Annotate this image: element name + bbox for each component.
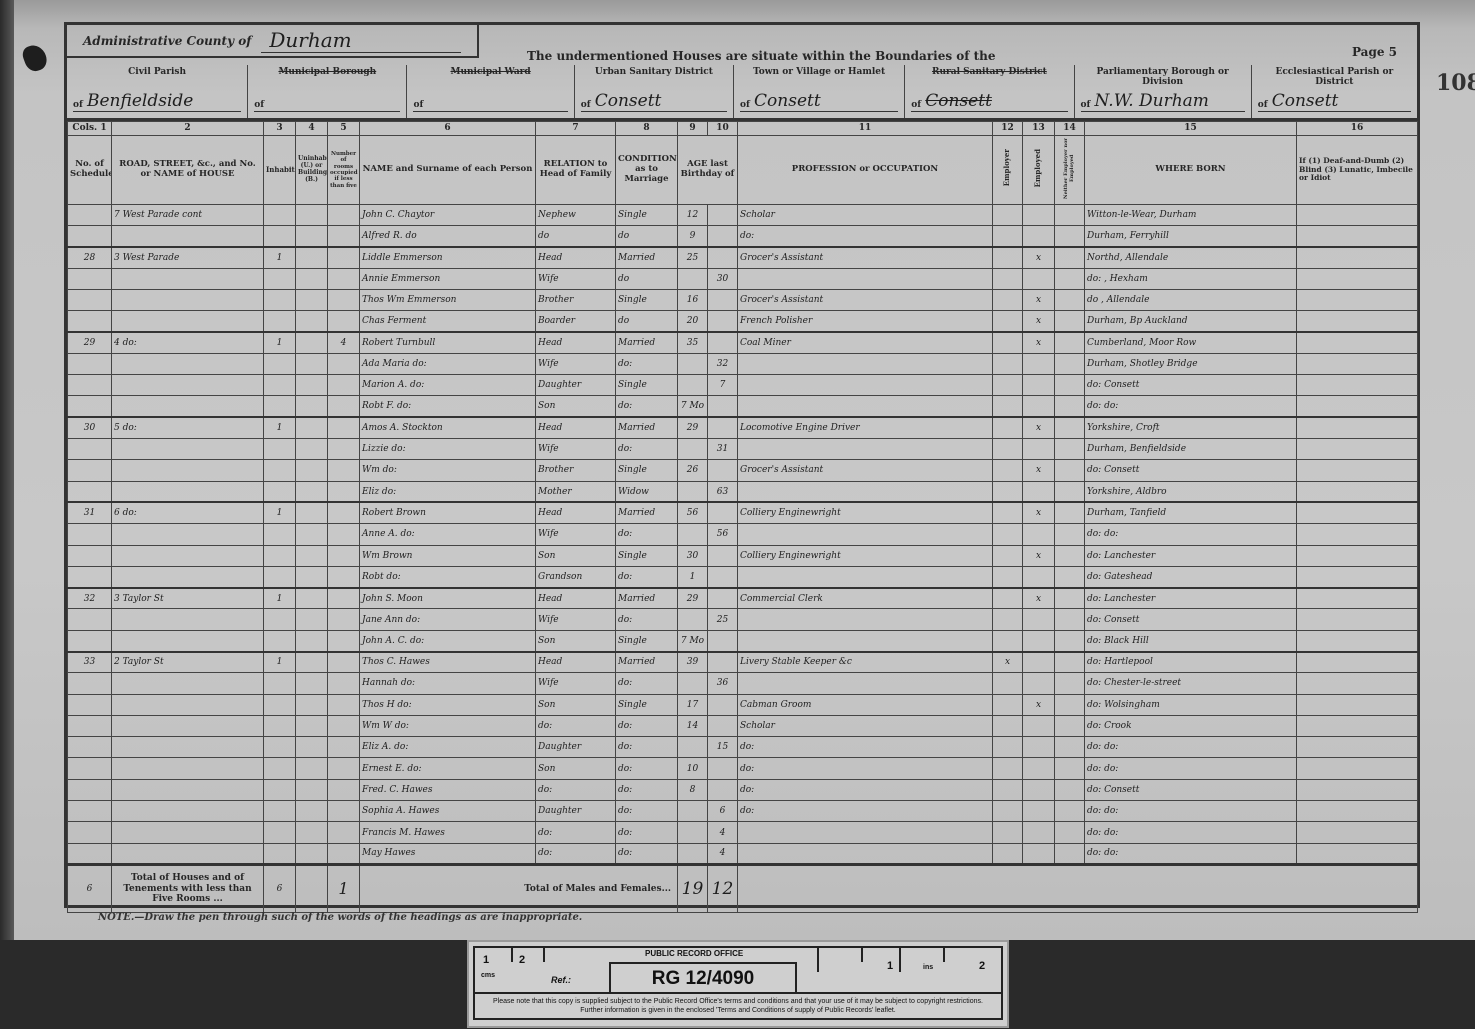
cell-rooms — [328, 779, 360, 800]
header-employer-label: Employer — [1003, 149, 1011, 186]
cell-female-age: 56 — [708, 524, 738, 545]
total-houses-label: Total of Houses and of Tenements with le… — [112, 864, 264, 912]
area-label: Ecclesiastical Parish or District — [1256, 67, 1413, 87]
cell-employer — [993, 481, 1023, 502]
cell-uninhabited — [296, 715, 328, 736]
cell-condition: do: — [616, 715, 678, 736]
cell-neither — [1055, 779, 1085, 800]
cell-employed — [1023, 630, 1055, 651]
area-label: Municipal Borough — [252, 67, 402, 77]
cell-male-age: 26 — [678, 460, 708, 481]
cell-male-age — [678, 801, 708, 822]
table-row: 316 do:1Robert BrownHeadMarried56Collier… — [68, 502, 1418, 523]
cell-relation: Son — [536, 694, 616, 715]
cell-employed: x — [1023, 502, 1055, 523]
cell-employer — [993, 460, 1023, 481]
cell-inhabited — [264, 758, 296, 779]
cell-female-age — [708, 779, 738, 800]
cell-infirmity — [1297, 737, 1418, 758]
cell-road — [112, 375, 264, 396]
cell-name: Wm W do: — [360, 715, 536, 736]
cell-born: do: Consett — [1085, 460, 1297, 481]
cell-road — [112, 311, 264, 332]
cell-rooms — [328, 311, 360, 332]
cell-born: Durham, Bp Auckland — [1085, 311, 1297, 332]
area-field: Ecclesiastical Parish or DistrictofConse… — [1252, 65, 1417, 118]
county-value: Durham — [261, 28, 461, 53]
cell-neither — [1055, 481, 1085, 502]
page-label: Page 5 — [1352, 45, 1397, 59]
cell-born: do: Wolsingham — [1085, 694, 1297, 715]
ruler-tick — [861, 948, 863, 962]
cell-infirmity — [1297, 396, 1418, 417]
cell-employer — [993, 694, 1023, 715]
cell-inhabited — [264, 545, 296, 566]
cell-male-age — [678, 524, 708, 545]
pro-title: PUBLIC RECORD OFFICE — [645, 949, 743, 958]
cell-born: do: do: — [1085, 822, 1297, 843]
cell-male-age: 56 — [678, 502, 708, 523]
cell-male-age: 7 Mo — [678, 396, 708, 417]
cell-schedule — [68, 268, 112, 289]
cell-schedule — [68, 673, 112, 694]
cell-name: Thos Wm Emmerson — [360, 289, 536, 310]
cell-born: Durham, Benfieldside — [1085, 439, 1297, 460]
header-employer: Employer — [993, 136, 1023, 205]
cell-neither — [1055, 588, 1085, 609]
cell-uninhabited — [296, 204, 328, 225]
cell-inhabited — [264, 822, 296, 843]
cell-name: Wm do: — [360, 460, 536, 481]
cell-employed — [1023, 481, 1055, 502]
cell-rooms — [328, 673, 360, 694]
table-row: Hannah do:Wifedo:36do: Chester-le-street — [68, 673, 1418, 694]
cell-employed — [1023, 375, 1055, 396]
cell-road — [112, 524, 264, 545]
area-label: Civil Parish — [71, 67, 243, 77]
cell-condition: do: — [616, 566, 678, 587]
cell-name: May Hawes — [360, 843, 536, 864]
column-header-row: No. of Schedule ROAD, STREET, &c., and N… — [68, 136, 1418, 205]
cell-road: 6 do: — [112, 502, 264, 523]
area-value: N.W. Durham — [1081, 91, 1245, 112]
column-number: 10 — [708, 122, 738, 136]
cell-born: do: do: — [1085, 758, 1297, 779]
cell-born: Witton-le-Wear, Durham — [1085, 204, 1297, 225]
cell-employed — [1023, 843, 1055, 864]
cell-neither — [1055, 609, 1085, 630]
table-row: Robt F. do:Sondo:7 Modo: do: — [68, 396, 1418, 417]
cell-infirmity — [1297, 460, 1418, 481]
cell-employer — [993, 801, 1023, 822]
cell-schedule: 30 — [68, 417, 112, 438]
cell-employed: x — [1023, 311, 1055, 332]
table-row: 283 West Parade1Liddle EmmersonHeadMarri… — [68, 247, 1418, 268]
cell-born: Northd, Allendale — [1085, 247, 1297, 268]
cell-uninhabited — [296, 481, 328, 502]
cell-infirmity — [1297, 715, 1418, 736]
cell-relation: do: — [536, 779, 616, 800]
table-row: Eliz do:MotherWidow63Yorkshire, Aldbro — [68, 481, 1418, 502]
cell-rooms — [328, 566, 360, 587]
cell-relation: Head — [536, 417, 616, 438]
cell-schedule: 33 — [68, 652, 112, 673]
cell-inhabited — [264, 226, 296, 247]
cell-road: 7 West Parade cont — [112, 204, 264, 225]
column-number: 13 — [1023, 122, 1055, 136]
cell-employer — [993, 609, 1023, 630]
table-row: Thos Wm EmmersonBrotherSingle16Grocer's … — [68, 289, 1418, 310]
cell-infirmity — [1297, 268, 1418, 289]
cell-uninhabited — [296, 332, 328, 353]
cell-infirmity — [1297, 566, 1418, 587]
cell-female-age — [708, 502, 738, 523]
cell-employed — [1023, 801, 1055, 822]
cell-infirmity — [1297, 226, 1418, 247]
cell-road — [112, 822, 264, 843]
cell-neither — [1055, 226, 1085, 247]
cell-born: do: Consett — [1085, 375, 1297, 396]
cell-condition: do: — [616, 843, 678, 864]
cell-relation: Head — [536, 502, 616, 523]
cell-occupation: do: — [738, 226, 993, 247]
area-value: Consett — [740, 91, 898, 112]
ref-value: RG 12/4090 — [609, 962, 797, 992]
cell-rooms — [328, 843, 360, 864]
cell-employed — [1023, 439, 1055, 460]
ruler-tick — [817, 948, 819, 972]
cell-rooms — [328, 396, 360, 417]
cell-born: do: Lanchester — [1085, 588, 1297, 609]
cell-employer — [993, 375, 1023, 396]
cell-name: Wm Brown — [360, 545, 536, 566]
cell-inhabited: 1 — [264, 417, 296, 438]
cell-uninhabited — [296, 375, 328, 396]
cell-employed: x — [1023, 460, 1055, 481]
cell-name: Alfred R. do — [360, 226, 536, 247]
cell-rooms — [328, 694, 360, 715]
cell-rooms — [328, 439, 360, 460]
census-table: Cols. 12345678910111213141516 No. of Sch… — [67, 121, 1418, 913]
cell-schedule — [68, 524, 112, 545]
cell-born: do: do: — [1085, 737, 1297, 758]
cell-schedule — [68, 396, 112, 417]
cell-neither — [1055, 673, 1085, 694]
cell-occupation — [738, 353, 993, 374]
cell-occupation — [738, 630, 993, 651]
cell-relation: Daughter — [536, 737, 616, 758]
area-label: Parliamentary Borough or Division — [1079, 67, 1247, 87]
cell-infirmity — [1297, 204, 1418, 225]
area-field: Town or Village or HamletofConsett — [734, 65, 905, 118]
cell-occupation: do: — [738, 801, 993, 822]
header-born: WHERE BORN — [1085, 136, 1297, 205]
cell-road — [112, 566, 264, 587]
cell-neither — [1055, 396, 1085, 417]
cell-female-age — [708, 545, 738, 566]
cell-rooms — [328, 502, 360, 523]
cell-relation: Daughter — [536, 375, 616, 396]
page-edge — [0, 0, 14, 940]
cell-road — [112, 439, 264, 460]
cell-employer — [993, 502, 1023, 523]
cell-rooms — [328, 481, 360, 502]
table-row: May Hawesdo:do:4do: do: — [68, 843, 1418, 864]
cell-relation: Wife — [536, 673, 616, 694]
cell-employed — [1023, 268, 1055, 289]
table-row: Chas FermentBoarderdo20French PolisherxD… — [68, 311, 1418, 332]
cell-employer: x — [993, 652, 1023, 673]
cell-inhabited — [264, 460, 296, 481]
column-number: 6 — [360, 122, 536, 136]
cell-name: Lizzie do: — [360, 439, 536, 460]
cell-employer — [993, 268, 1023, 289]
area-label: Rural Sanitary District — [909, 67, 1069, 77]
cell-schedule — [68, 481, 112, 502]
cell-schedule — [68, 737, 112, 758]
cell-inhabited — [264, 694, 296, 715]
table-row: Fred. C. Hawesdo:do:8do:do: Consett — [68, 779, 1418, 800]
area-field: Parliamentary Borough or DivisionofN.W. … — [1075, 65, 1252, 118]
cell-neither — [1055, 311, 1085, 332]
form-note: NOTE.—Draw the pen through such of the w… — [98, 912, 582, 923]
cell-male-age — [678, 481, 708, 502]
cell-neither — [1055, 353, 1085, 374]
cell-infirmity — [1297, 311, 1418, 332]
cell-occupation: Scholar — [738, 204, 993, 225]
column-number: Cols. 1 — [68, 122, 112, 136]
cell-female-age — [708, 758, 738, 779]
cell-road — [112, 694, 264, 715]
cell-occupation — [738, 673, 993, 694]
cell-name: Robt do: — [360, 566, 536, 587]
cell-born: do: Crook — [1085, 715, 1297, 736]
cell-female-age — [708, 460, 738, 481]
pro-strip-frame: 1 cms 2 PUBLIC RECORD OFFICE Ref.: RG 12… — [473, 946, 1003, 1020]
area-of: of — [254, 100, 264, 110]
column-number: 4 — [296, 122, 328, 136]
cell-born: do , Allendale — [1085, 289, 1297, 310]
table-row: Ada Maria do:Wifedo:32Durham, Shotley Br… — [68, 353, 1418, 374]
cell-rooms — [328, 609, 360, 630]
cell-female-age: 6 — [708, 801, 738, 822]
cell-neither — [1055, 375, 1085, 396]
header-name: NAME and Surname of each Person — [360, 136, 536, 205]
cell-neither — [1055, 247, 1085, 268]
cell-uninhabited — [296, 502, 328, 523]
cell-infirmity — [1297, 439, 1418, 460]
total-blank — [738, 864, 1418, 912]
cell-condition: Single — [616, 460, 678, 481]
total-males: 19 — [678, 864, 708, 912]
cell-born: Durham, Shotley Bridge — [1085, 353, 1297, 374]
cell-infirmity — [1297, 694, 1418, 715]
cell-employer — [993, 204, 1023, 225]
cell-condition: do: — [616, 396, 678, 417]
cell-inhabited: 1 — [264, 502, 296, 523]
cell-infirmity — [1297, 843, 1418, 864]
cell-occupation — [738, 822, 993, 843]
cell-road: 4 do: — [112, 332, 264, 353]
cell-employed — [1023, 609, 1055, 630]
cell-female-age — [708, 630, 738, 651]
cell-infirmity — [1297, 524, 1418, 545]
cell-employer — [993, 353, 1023, 374]
cell-uninhabited — [296, 843, 328, 864]
cell-uninhabited — [296, 630, 328, 651]
cell-relation: do: — [536, 822, 616, 843]
copyright-notice: Please note that this copy is supplied s… — [475, 992, 1001, 1018]
cell-rooms — [328, 588, 360, 609]
ruler-in-2: 2 — [979, 960, 985, 972]
cell-schedule: 28 — [68, 247, 112, 268]
column-number: 15 — [1085, 122, 1297, 136]
table-row: Wm do:BrotherSingle26Grocer's Assistantx… — [68, 460, 1418, 481]
cell-infirmity — [1297, 417, 1418, 438]
cell-road — [112, 673, 264, 694]
cell-female-age: 31 — [708, 439, 738, 460]
table-row: Thos H do:SonSingle17Cabman Groomxdo: Wo… — [68, 694, 1418, 715]
cell-relation: Son — [536, 545, 616, 566]
cell-inhabited — [264, 673, 296, 694]
cell-relation: Son — [536, 630, 616, 651]
cell-employer — [993, 439, 1023, 460]
cell-male-age: 29 — [678, 417, 708, 438]
cell-condition: Married — [616, 588, 678, 609]
cell-male-age: 9 — [678, 226, 708, 247]
cell-employer — [993, 566, 1023, 587]
cell-employer — [993, 289, 1023, 310]
cell-female-age: 32 — [708, 353, 738, 374]
cell-inhabited — [264, 630, 296, 651]
cell-female-age: 25 — [708, 609, 738, 630]
cell-inhabited — [264, 353, 296, 374]
cell-male-age: 39 — [678, 652, 708, 673]
cell-employed: x — [1023, 247, 1055, 268]
cell-uninhabited — [296, 779, 328, 800]
cell-uninhabited — [296, 353, 328, 374]
ruler-tick — [511, 948, 513, 962]
cell-inhabited — [264, 737, 296, 758]
cell-inhabited — [264, 481, 296, 502]
column-number: 2 — [112, 122, 264, 136]
cell-condition: do: — [616, 779, 678, 800]
cell-born: do: do: — [1085, 843, 1297, 864]
cell-neither — [1055, 268, 1085, 289]
column-number: 12 — [993, 122, 1023, 136]
table-row: 7 West Parade contJohn C. ChaytorNephewS… — [68, 204, 1418, 225]
cell-relation: Head — [536, 652, 616, 673]
cell-male-age: 17 — [678, 694, 708, 715]
cell-neither — [1055, 417, 1085, 438]
cell-rooms — [328, 247, 360, 268]
cell-condition: Married — [616, 417, 678, 438]
cell-occupation — [738, 566, 993, 587]
cell-born: do: Hartlepool — [1085, 652, 1297, 673]
cell-name: Fred. C. Hawes — [360, 779, 536, 800]
cell-occupation: Cabman Groom — [738, 694, 993, 715]
cell-born: do: do: — [1085, 524, 1297, 545]
cell-female-age: 30 — [708, 268, 738, 289]
county-box: Administrative County of Durham — [67, 25, 479, 58]
cell-rooms — [328, 715, 360, 736]
cell-infirmity — [1297, 247, 1418, 268]
cell-employed: x — [1023, 332, 1055, 353]
area-field: Civil ParishofBenfieldside — [67, 65, 248, 118]
cell-male-age — [678, 439, 708, 460]
cell-infirmity — [1297, 630, 1418, 651]
cell-road — [112, 481, 264, 502]
cell-uninhabited — [296, 524, 328, 545]
total-uninhabited — [296, 864, 328, 912]
cell-female-age: 7 — [708, 375, 738, 396]
cell-female-age: 36 — [708, 673, 738, 694]
cell-female-age — [708, 566, 738, 587]
cell-employer — [993, 588, 1023, 609]
cell-male-age: 30 — [678, 545, 708, 566]
total-schedules: 6 — [68, 864, 112, 912]
cell-employed — [1023, 822, 1055, 843]
cell-rooms — [328, 204, 360, 225]
cell-rooms — [328, 353, 360, 374]
cell-infirmity — [1297, 758, 1418, 779]
area-field: Municipal Boroughof — [248, 65, 407, 118]
cell-neither — [1055, 715, 1085, 736]
cell-male-age: 35 — [678, 332, 708, 353]
cell-name: John S. Moon — [360, 588, 536, 609]
cell-employed: x — [1023, 694, 1055, 715]
cell-relation: do: — [536, 843, 616, 864]
cell-neither — [1055, 502, 1085, 523]
cell-infirmity — [1297, 673, 1418, 694]
cell-infirmity — [1297, 801, 1418, 822]
cell-inhabited — [264, 204, 296, 225]
cell-schedule: 32 — [68, 588, 112, 609]
cell-employer — [993, 332, 1023, 353]
cell-occupation — [738, 439, 993, 460]
cell-relation: Boarder — [536, 311, 616, 332]
table-row: Robt do:Grandsondo:1do: Gateshead — [68, 566, 1418, 587]
cell-uninhabited — [296, 460, 328, 481]
cell-infirmity — [1297, 652, 1418, 673]
area-field: Municipal Wardof — [407, 65, 574, 118]
cell-occupation: Grocer's Assistant — [738, 289, 993, 310]
folio-number: 108 — [1436, 70, 1475, 96]
cell-road — [112, 226, 264, 247]
cell-uninhabited — [296, 545, 328, 566]
cell-employer — [993, 715, 1023, 736]
cell-male-age: 14 — [678, 715, 708, 736]
cell-name: Thos H do: — [360, 694, 536, 715]
cell-schedule — [68, 353, 112, 374]
form-header: Administrative County of Durham The unde… — [67, 25, 1417, 57]
header-schedule: No. of Schedule — [68, 136, 112, 205]
cell-employed: x — [1023, 588, 1055, 609]
cell-schedule — [68, 843, 112, 864]
cell-relation: Mother — [536, 481, 616, 502]
cell-uninhabited — [296, 396, 328, 417]
cell-female-age — [708, 588, 738, 609]
cell-occupation: Colliery Enginewright — [738, 545, 993, 566]
table-row: Wm W do:do:do:14Scholardo: Crook — [68, 715, 1418, 736]
cell-schedule — [68, 226, 112, 247]
header-age: AGE last Birthday of — [678, 136, 738, 205]
header-road: ROAD, STREET, &c., and No. or NAME of HO… — [112, 136, 264, 205]
cell-relation: Nephew — [536, 204, 616, 225]
cell-name: Sophia A. Hawes — [360, 801, 536, 822]
cell-uninhabited — [296, 311, 328, 332]
table-row: 294 do:14Robert TurnbullHeadMarried35Coa… — [68, 332, 1418, 353]
